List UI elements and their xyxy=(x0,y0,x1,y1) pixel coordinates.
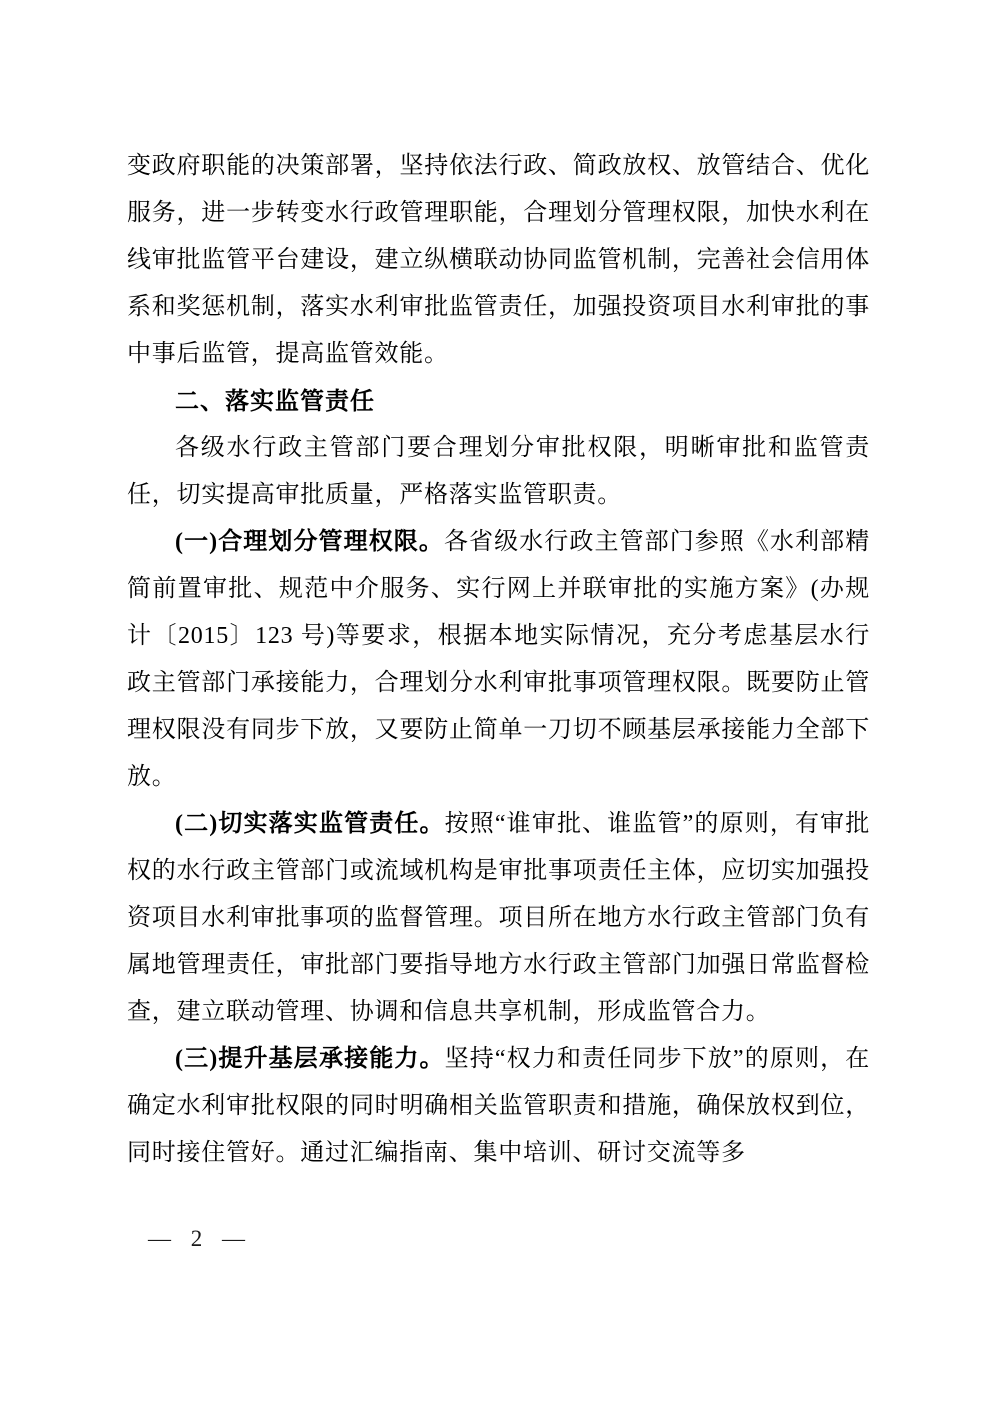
subsection-2-body: 按照“谁审批、谁监管”的原则，有审批权的水行政主管部门或流域机构是审批事项责任主… xyxy=(127,811,870,1025)
subsection-paragraph-1: (一)合理划分管理权限。各省级水行政主管部门参照《水利部精简前置审批、规范中介服… xyxy=(127,519,870,801)
subsection-paragraph-3: (三)提升基层承接能力。坚持“权力和责任同步下放”的原则，在确定水利审批权限的同… xyxy=(127,1036,870,1177)
subsection-1-lead: (一)合理划分管理权限。 xyxy=(175,529,444,555)
opening-paragraph: 变政府职能的决策部署，坚持依法行政、简政放权、放管结合、优化服务，进一步转变水行… xyxy=(127,143,870,378)
section-intro-paragraph: 各级水行政主管部门要合理划分审批权限，明晰审批和监管责任，切实提高审批质量，严格… xyxy=(127,425,870,519)
document-page: 变政府职能的决策部署，坚持依法行政、简政放权、放管结合、优化服务，进一步转变水行… xyxy=(0,0,992,1403)
page-number: — 2 — xyxy=(148,1224,247,1254)
subsection-3-lead: (三)提升基层承接能力。 xyxy=(175,1046,445,1072)
subsection-paragraph-2: (二)切实落实监管责任。按照“谁审批、谁监管”的原则，有审批权的水行政主管部门或… xyxy=(127,801,870,1036)
section-heading: 二、落实监管责任 xyxy=(127,378,870,425)
subsection-2-lead: (二)切实落实监管责任。 xyxy=(175,811,445,837)
subsection-1-body: 各省级水行政主管部门参照《水利部精简前置审批、规范中介服务、实行网上并联审批的实… xyxy=(127,529,870,790)
document-body: 变政府职能的决策部署，坚持依法行政、简政放权、放管结合、优化服务，进一步转变水行… xyxy=(127,143,870,1177)
